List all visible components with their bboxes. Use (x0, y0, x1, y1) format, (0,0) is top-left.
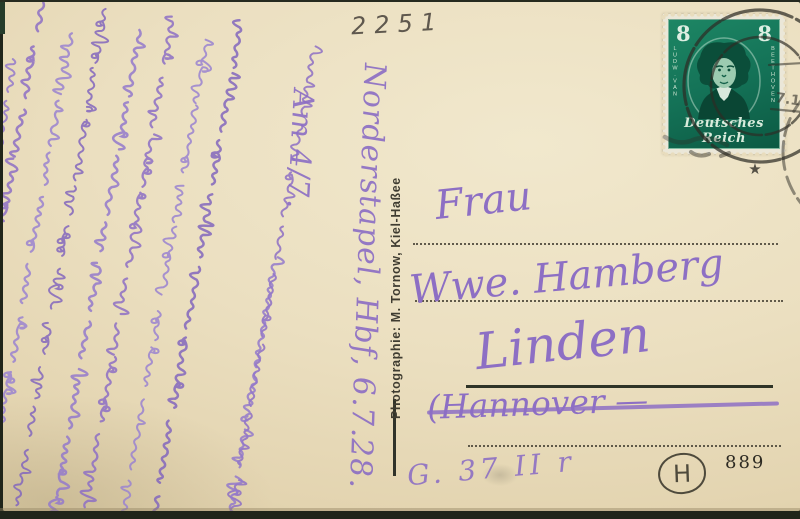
serial-number: 889 (725, 452, 765, 473)
stamp-perforation-right (783, 14, 788, 154)
scan-edge-top (0, 0, 800, 2)
stamp-perforation-left (661, 14, 666, 154)
pencil-number: 2251 (350, 8, 444, 41)
postcard-scan: Norderstapel, Hbf, 6.7.28. Am 4/7. Photo… (0, 0, 800, 519)
publisher-credit: Photographie: M. Tornow, Kiel-Haßee (389, 147, 405, 419)
stamp-perforation-bottom (663, 152, 785, 157)
address-rule-4 (468, 445, 781, 447)
scan-edge-corner (0, 0, 5, 34)
stamp-design: 8 8 LUDW.VAN BEETHOVEN Deutsches Reich (668, 19, 780, 149)
postmark-star-icon: ★ (748, 160, 761, 178)
address-line-4: (Hannover — (426, 380, 648, 427)
message-place-date: Norderstapel, Hbf, 6.7.28. (336, 62, 392, 511)
catalog-note: G. 37 II r (406, 445, 576, 493)
monogram-stamp: H (656, 451, 707, 496)
monogram-letter: H (672, 459, 691, 488)
address-line-1: Frau (433, 173, 534, 229)
message-opening: Am 4/7. (274, 88, 321, 259)
stamp-perforation-top (663, 12, 785, 17)
postcard-back: Norderstapel, Hbf, 6.7.28. Am 4/7. Photo… (3, 2, 800, 511)
address-rule-1 (413, 243, 778, 245)
card-edge-shadow (0, 508, 800, 511)
stamp-country-label: Deutsches Reich (669, 116, 779, 146)
postage-stamp: 8 8 LUDW.VAN BEETHOVEN Deutsches Reich (663, 14, 785, 154)
beethoven-portrait-icon (686, 35, 762, 123)
address-line-3: Linden (472, 305, 652, 381)
address-line-2: Wwe. Hamberg (408, 240, 726, 313)
